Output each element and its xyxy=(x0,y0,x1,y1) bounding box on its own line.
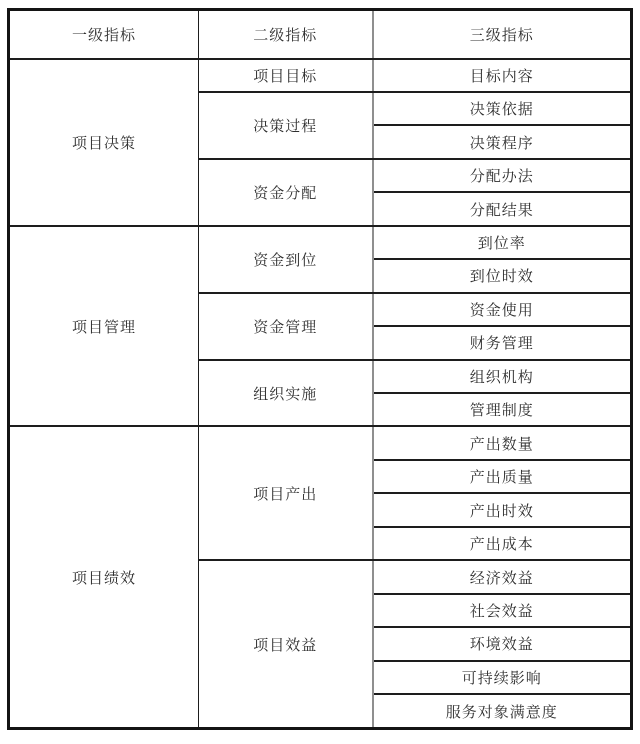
level3-cell: 到位时效 xyxy=(373,259,632,292)
level2-cell: 决策过程 xyxy=(199,92,373,159)
level3-cell: 经济效益 xyxy=(373,560,632,593)
level2-cell: 项目产出 xyxy=(199,426,373,560)
table-row: 项目绩效 项目产出 产出数量 xyxy=(9,426,632,459)
level3-cell: 环境效益 xyxy=(373,627,632,660)
level2-cell: 项目效益 xyxy=(199,560,373,728)
level3-cell: 资金使用 xyxy=(373,293,632,326)
level2-cell: 资金管理 xyxy=(199,293,373,360)
level3-cell: 组织机构 xyxy=(373,360,632,393)
table-header-row: 一级指标 二级指标 三级指标 xyxy=(9,10,632,59)
header-cell-level3: 三级指标 xyxy=(373,10,632,59)
level3-cell: 决策依据 xyxy=(373,92,632,125)
level3-cell: 财务管理 xyxy=(373,326,632,359)
level3-cell: 产出成本 xyxy=(373,527,632,560)
header-cell-level2: 二级指标 xyxy=(199,10,373,59)
level3-cell: 产出质量 xyxy=(373,460,632,493)
level3-cell: 管理制度 xyxy=(373,393,632,426)
table-row: 项目管理 资金到位 到位率 xyxy=(9,226,632,259)
level3-cell: 分配办法 xyxy=(373,159,632,192)
level1-cell: 项目绩效 xyxy=(9,426,199,728)
level1-cell: 项目管理 xyxy=(9,226,199,427)
table-row: 项目决策 项目目标 目标内容 xyxy=(9,59,632,92)
level3-cell: 服务对象满意度 xyxy=(373,694,632,728)
document-page: 一级指标 二级指标 三级指标 项目决策 项目目标 目标内容 决策过程 决策依据 … xyxy=(0,0,640,744)
level3-cell: 可持续影响 xyxy=(373,661,632,694)
level3-cell: 社会效益 xyxy=(373,594,632,627)
level2-cell: 资金到位 xyxy=(199,226,373,293)
header-cell-level1: 一级指标 xyxy=(9,10,199,59)
level3-cell: 分配结果 xyxy=(373,192,632,225)
level3-cell: 产出数量 xyxy=(373,426,632,459)
level3-cell: 决策程序 xyxy=(373,125,632,158)
level2-cell: 项目目标 xyxy=(199,59,373,92)
level2-cell: 资金分配 xyxy=(199,159,373,226)
level3-cell: 产出时效 xyxy=(373,493,632,526)
indicator-table: 一级指标 二级指标 三级指标 项目决策 项目目标 目标内容 决策过程 决策依据 … xyxy=(7,8,633,730)
level3-cell: 到位率 xyxy=(373,226,632,259)
level1-cell: 项目决策 xyxy=(9,59,199,226)
level3-cell: 目标内容 xyxy=(373,59,632,92)
level2-cell: 组织实施 xyxy=(199,360,373,427)
